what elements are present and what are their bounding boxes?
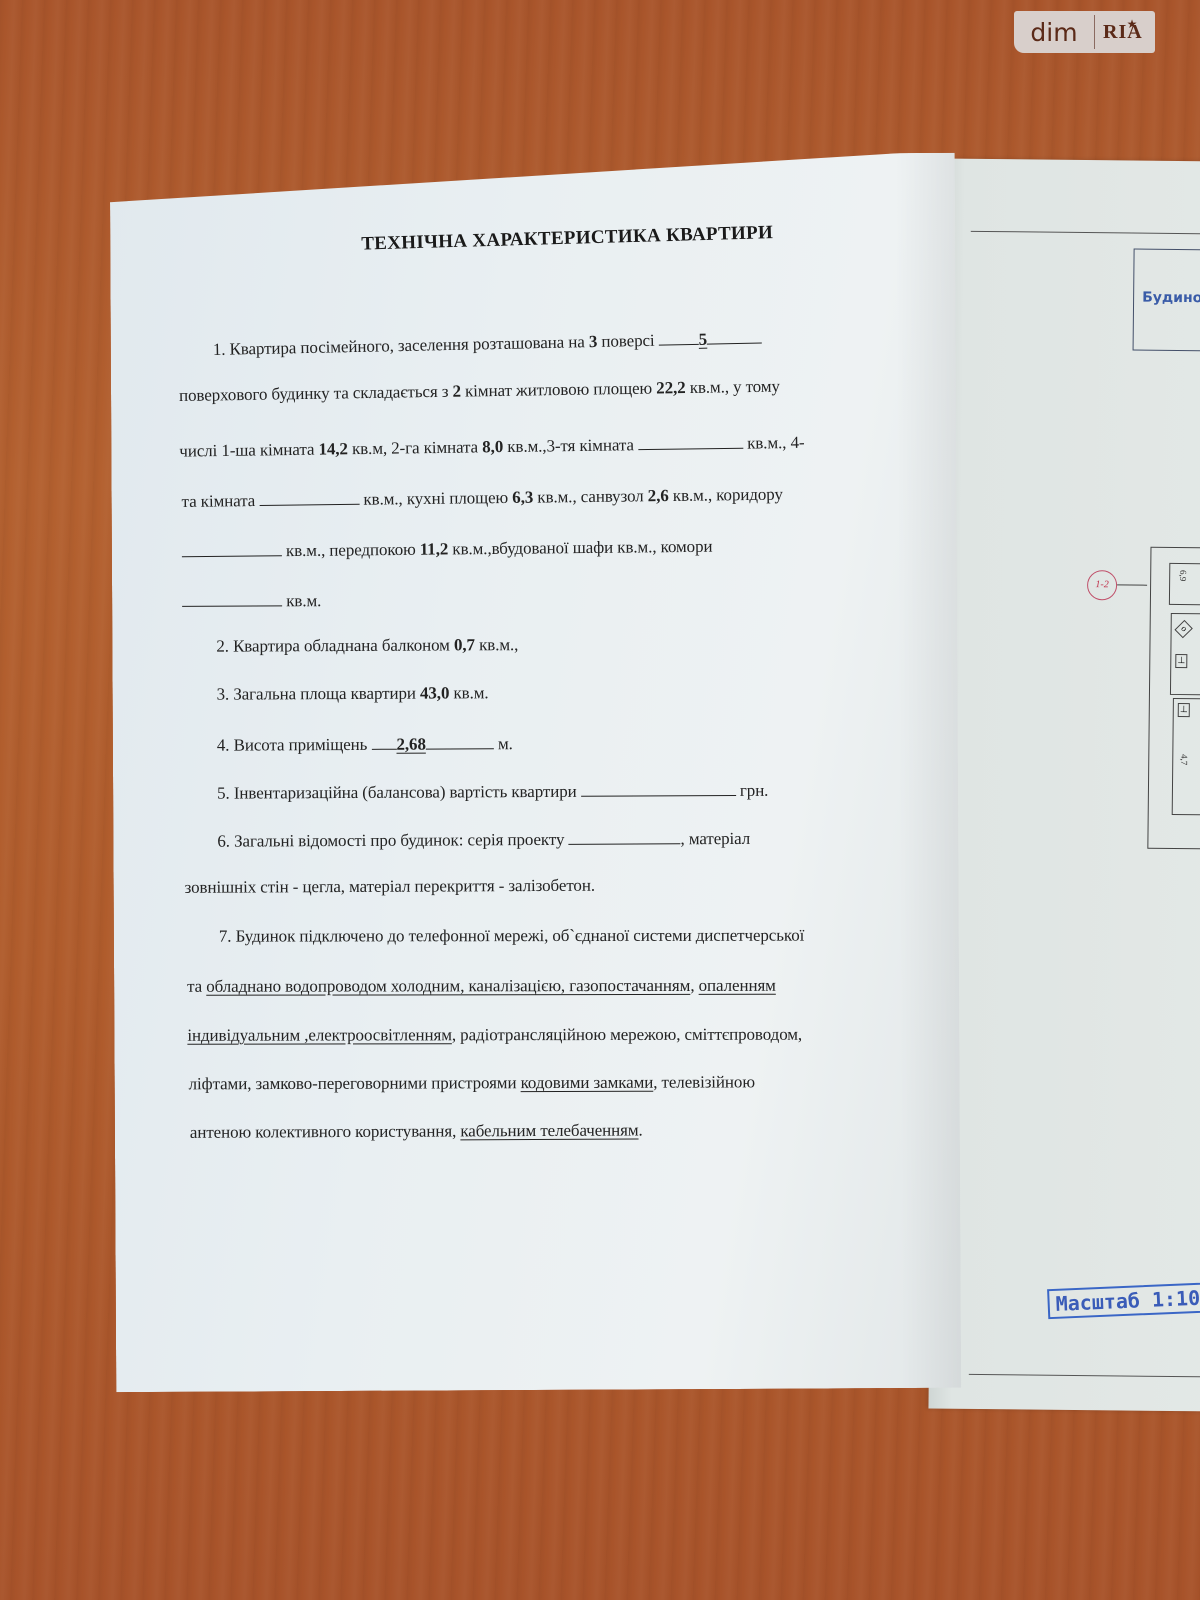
star-icon: ★ — [1127, 17, 1138, 32]
sink-icon: ⊥ — [1178, 703, 1190, 717]
text: , телевізійною — [653, 1072, 755, 1091]
stove-icon: o — [1174, 620, 1192, 638]
blank-field — [581, 778, 736, 797]
rooms-value: 2 — [452, 382, 461, 401]
text: м. — [494, 734, 513, 753]
bathroom-value: 2,6 — [648, 486, 669, 505]
text: грн. — [736, 781, 769, 800]
text: кв.м., коридору — [669, 485, 783, 505]
blank-field — [259, 487, 359, 506]
plan-room: o ⊥ — [1170, 613, 1200, 696]
marker-leader-line — [1117, 584, 1147, 585]
item-1-line-3: числі 1-ша кімната 14,2 кв.м, 2-га кімна… — [179, 430, 804, 462]
text: та кімната — [181, 491, 259, 511]
frame-line-bottom — [969, 1374, 1200, 1378]
item-4: 4. Висота приміщень 2,68 м. — [217, 731, 513, 756]
text: числі 1-ша кімната — [179, 440, 318, 461]
title-box: Будино — [1133, 249, 1200, 352]
text: кв.м.,3-тя кімната — [503, 435, 638, 456]
text: , радіотрансляційною мережою, сміттєпров… — [452, 1025, 802, 1045]
text: поверсі — [597, 331, 659, 351]
cable-tv-underlined: кабельним телебаченням — [460, 1120, 638, 1140]
scale-stamp: Масштаб 1:10 — [1047, 1280, 1200, 1319]
title-fragment: Будино — [1142, 290, 1200, 307]
text: , — [690, 976, 698, 995]
blank-field — [426, 731, 494, 749]
plan-dimension: 6,9 — [1178, 570, 1188, 581]
text: та — [187, 977, 206, 996]
blank-field — [658, 327, 698, 346]
electricity-underlined: індивідуальним ,електроосвітленням — [187, 1025, 452, 1044]
item-1-line-4: та кімната кв.м., кухні площею 6,3 кв.м.… — [181, 482, 783, 512]
text: кв.м., санвузол — [533, 486, 648, 506]
document-title: ТЕХНІЧНА ХАРАКТЕРИСТИКА КВАРТИРИ — [347, 222, 787, 256]
utilities-underlined: обладнано водопроводом холодним, каналіз… — [206, 976, 690, 996]
text: . — [638, 1120, 642, 1139]
blank-field — [568, 826, 680, 845]
text: кв.м., у тому — [685, 377, 780, 397]
text: 6. Загальні відомості про будинок: серія… — [217, 830, 568, 851]
item-7-line-3: індивідуальним ,електроосвітленням, раді… — [187, 1025, 802, 1046]
text: кв.м.,вбудованої шафи кв.м., комори — [448, 537, 712, 559]
item-7-line-4: ліфтами, замково-переговорними пристроям… — [189, 1072, 755, 1094]
plan-room: ⊥ 4,7 — [1172, 698, 1200, 816]
item-6-line-1: 6. Загальні відомості про будинок: серія… — [217, 826, 750, 852]
item-1-line-6: кв.м. — [182, 588, 321, 612]
text: 3. Загальна площа квартири — [217, 684, 420, 704]
code-locks-underlined: кодовими замками — [521, 1073, 654, 1092]
room-marker: 1-2 — [1087, 570, 1117, 600]
blank-field — [638, 431, 743, 450]
item-3: 3. Загальна площа квартири 43,0 кв.м. — [217, 683, 489, 704]
dim-ria-watermark: dim RIA ★ — [1014, 11, 1155, 53]
item-7-line-2: та обладнано водопроводом холодним, кана… — [187, 976, 776, 997]
item-7-line-5: антеною колективного користування, кабел… — [190, 1120, 643, 1142]
living-area-value: 22,2 — [656, 378, 686, 397]
kitchen-value: 6,3 — [512, 488, 533, 507]
text: , матеріал — [680, 829, 750, 848]
sink-icon: ⊥ — [1175, 654, 1187, 668]
watermark-dim-text: dim — [1014, 18, 1094, 47]
item-1-line-5: кв.м., передпокою 11,2 кв.м.,вбудованої … — [182, 534, 713, 563]
room-2-value: 8,0 — [482, 437, 503, 456]
item-1-line-1: 1. Квартира посімейного, заселення розта… — [213, 325, 763, 360]
heating-underlined: опаленням — [699, 976, 776, 995]
text: кв.м, 2-га кімната — [348, 437, 483, 458]
blank-field — [182, 588, 282, 607]
text: 5. Інвентаризаційна (балансова) вартість… — [217, 782, 581, 803]
text: поверхового будинку та складається з — [179, 382, 453, 405]
item-1-line-2: поверхового будинку та складається з 2 к… — [179, 377, 780, 406]
height-value: 2,68 — [396, 735, 425, 754]
text: кв.м. — [449, 683, 488, 702]
text: кв.м. — [282, 591, 321, 610]
text: кв.м., кухні площею — [359, 488, 512, 509]
text: кв.м., — [475, 635, 518, 654]
plan-room: 6,9 — [1169, 563, 1200, 606]
text: 1. Квартира посімейного, заселення розта… — [213, 332, 589, 359]
text: кв.м., передпокою — [282, 540, 420, 560]
total-area-value: 43,0 — [420, 683, 449, 702]
blank-field — [182, 538, 282, 557]
text: кімнат житловою площею — [461, 379, 657, 401]
plan-dimension: 4,7 — [1179, 754, 1189, 765]
floor-plan-drawing: 6,9 o ⊥ ⊥ 4,7 — [1147, 547, 1200, 850]
item-5: 5. Інвентаризаційна (балансова) вартість… — [217, 778, 768, 804]
room-1-value: 14,2 — [318, 439, 348, 458]
blank-field — [371, 732, 396, 750]
frame-line-top — [971, 231, 1200, 235]
hallway-value: 11,2 — [420, 539, 449, 558]
item-6-line-2: зовнішніх стін - цегла, матеріал перекри… — [185, 876, 595, 898]
text: антеною колективного користування, — [190, 1121, 461, 1141]
text: 4. Висота приміщень — [217, 735, 372, 755]
document-page: ТЕХНІЧНА ХАРАКТЕРИСТИКА КВАРТИРИ 1. Квар… — [110, 153, 961, 1392]
blank-field — [707, 325, 762, 344]
balcony-value: 0,7 — [454, 635, 475, 654]
item-7-line-1: 7. Будинок підключено до телефонної мере… — [219, 926, 804, 947]
item-2: 2. Квартира обладнана балконом 0,7 кв.м.… — [216, 635, 518, 657]
text: 2. Квартира обладнана балконом — [216, 635, 454, 655]
floor-plan-page: Будино 1-2 6,9 o ⊥ ⊥ 4,7 Масштаб 1:10 — [928, 159, 1200, 1412]
text: ліфтами, замково-переговорними пристроям… — [189, 1073, 521, 1093]
text: кв.м., 4- — [743, 433, 805, 453]
